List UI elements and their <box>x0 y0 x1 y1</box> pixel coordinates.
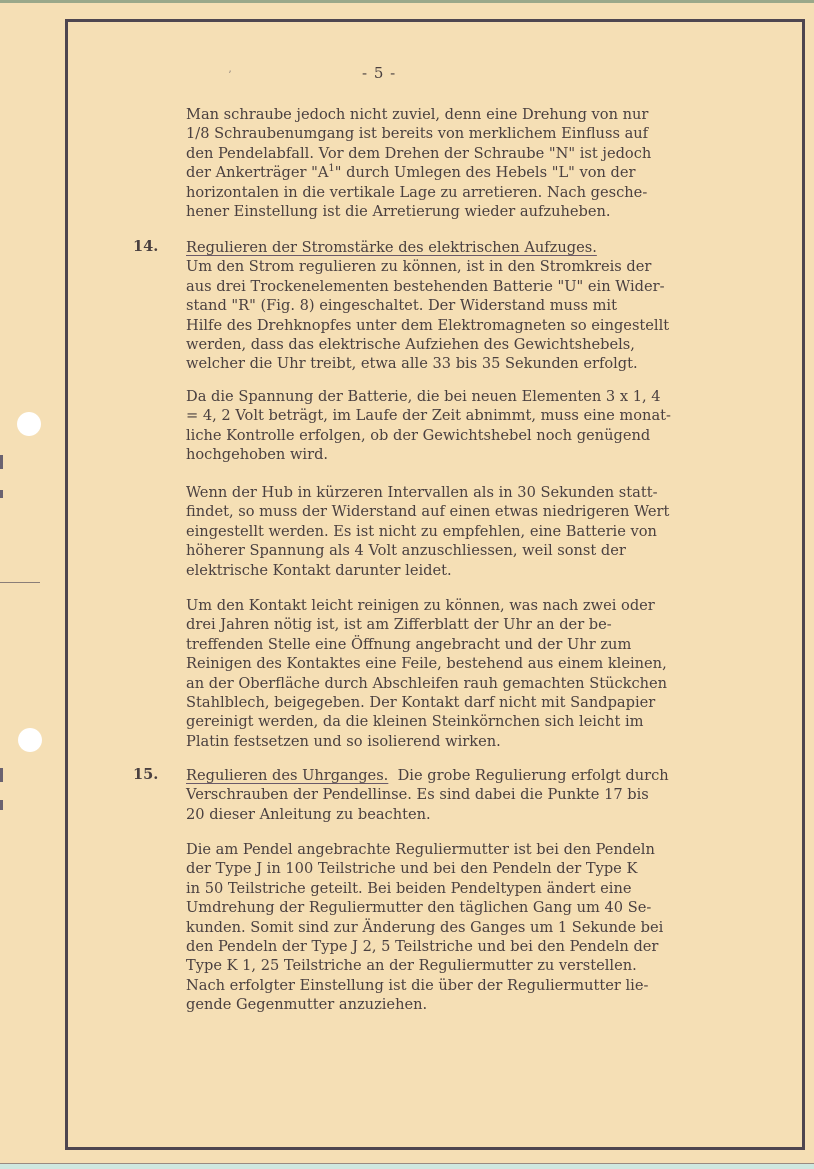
paragraph: Um den Kontakt leicht reinigen zu können… <box>186 596 766 751</box>
text-line: werden, dass das elektrische Aufziehen d… <box>186 335 766 354</box>
text-line: Stahlblech, beigegeben. Der Kontakt darf… <box>186 693 766 712</box>
text-line: Regulieren des Uhrganges. Die grobe Regu… <box>186 766 766 785</box>
edge-mark <box>0 455 3 469</box>
text-line: gende Gegenmutter anzuziehen. <box>186 995 766 1014</box>
text-line: Verschrauben der Pendellinse. Es sind da… <box>186 785 766 804</box>
text-line: = 4, 2 Volt beträgt, im Laufe der Zeit a… <box>186 406 766 425</box>
text-line: der Type J in 100 Teilstriche und bei de… <box>186 859 766 878</box>
text-line: Die am Pendel angebrachte Reguliermutter… <box>186 840 766 859</box>
text-line: kunden. Somit sind zur Änderung des Gang… <box>186 918 766 937</box>
text-line: Da die Spannung der Batterie, die bei ne… <box>186 387 766 406</box>
edge-mark <box>0 800 3 810</box>
text-line: Um den Kontakt leicht reinigen zu können… <box>186 596 766 615</box>
text-line: drei Jahren nötig ist, ist am Zifferblat… <box>186 615 766 634</box>
text-line: 20 dieser Anleitung zu beachten. <box>186 805 766 824</box>
paragraph: Wenn der Hub in kürzeren Intervallen als… <box>186 483 766 580</box>
margin-fold-line <box>0 582 40 583</box>
intro-paragraph: Man schraube jedoch nicht zuviel, denn e… <box>186 105 766 221</box>
text-line: Man schraube jedoch nicht zuviel, denn e… <box>186 105 766 124</box>
text-line: Hilfe des Drehknopfes unter dem Elektrom… <box>186 316 766 335</box>
section-number: 14. <box>133 238 158 255</box>
text-line: Type K 1, 25 Teilstriche an der Regulier… <box>186 956 766 975</box>
text-line: Reinigen des Kontaktes eine Feile, beste… <box>186 654 766 673</box>
text-line: den Pendeln der Type J 2, 5 Teilstriche … <box>186 937 766 956</box>
text-line: an der Oberfläche durch Abschleifen rauh… <box>186 674 766 693</box>
section-14: Regulieren der Stromstärke des elektrisc… <box>186 238 766 374</box>
text-line: horizontalen in die vertikale Lage zu ar… <box>186 183 766 202</box>
punch-hole-lower <box>18 728 42 752</box>
text-line: eingestellt werden. Es ist nicht zu empf… <box>186 522 766 541</box>
text-line: treffenden Stelle eine Öffnung angebrach… <box>186 635 766 654</box>
text-line: gereinigt werden, da die kleinen Steinkö… <box>186 712 766 731</box>
paragraph: Die am Pendel angebrachte Reguliermutter… <box>186 840 766 1015</box>
text-line: Umdrehung der Reguliermutter den täglich… <box>186 898 766 917</box>
stray-mark: ʼ <box>228 70 231 81</box>
text-line: welcher die Uhr treibt, etwa alle 33 bis… <box>186 354 766 373</box>
text-line: aus drei Trockenelementen bestehenden Ba… <box>186 277 766 296</box>
text-line: Wenn der Hub in kürzeren Intervallen als… <box>186 483 766 502</box>
section-heading: Regulieren der Stromstärke des elektrisc… <box>186 238 766 257</box>
section-15: Regulieren des Uhrganges. Die grobe Regu… <box>186 766 766 824</box>
paragraph: Da die Spannung der Batterie, die bei ne… <box>186 387 766 465</box>
section-number: 15. <box>133 766 158 783</box>
scan-bottom-edge <box>0 1164 814 1169</box>
text-line: höherer Spannung als 4 Volt anzuschliess… <box>186 541 766 560</box>
text-line: 1/8 Schraubenumgang ist bereits von merk… <box>186 124 766 143</box>
text-line: liche Kontrolle erfolgen, ob der Gewicht… <box>186 426 766 445</box>
edge-mark <box>0 490 3 498</box>
page-number: - 5 - <box>362 64 396 82</box>
text-line: hener Einstellung ist die Arretierung wi… <box>186 202 766 221</box>
text-line: elektrische Kontakt darunter leidet. <box>186 561 766 580</box>
text-line: den Pendelabfall. Vor dem Drehen der Sch… <box>186 144 766 163</box>
text-line: findet, so muss der Widerstand auf einen… <box>186 502 766 521</box>
text-line: der Ankerträger "A1" durch Umlegen des H… <box>186 163 766 182</box>
edge-mark <box>0 768 3 782</box>
section-heading: Regulieren des Uhrganges. <box>186 767 388 784</box>
text-line: in 50 Teilstriche geteilt. Bei beiden Pe… <box>186 879 766 898</box>
punch-hole-upper <box>17 412 41 436</box>
scan-top-edge <box>0 0 814 3</box>
text-line: hochgehoben wird. <box>186 445 766 464</box>
text-line: Nach erfolgter Einstellung ist die über … <box>186 976 766 995</box>
text-line: Platin festsetzen und so isolierend wirk… <box>186 732 766 751</box>
text-line: stand "R" (Fig. 8) eingeschaltet. Der Wi… <box>186 296 766 315</box>
text-line: Um den Strom regulieren zu können, ist i… <box>186 257 766 276</box>
